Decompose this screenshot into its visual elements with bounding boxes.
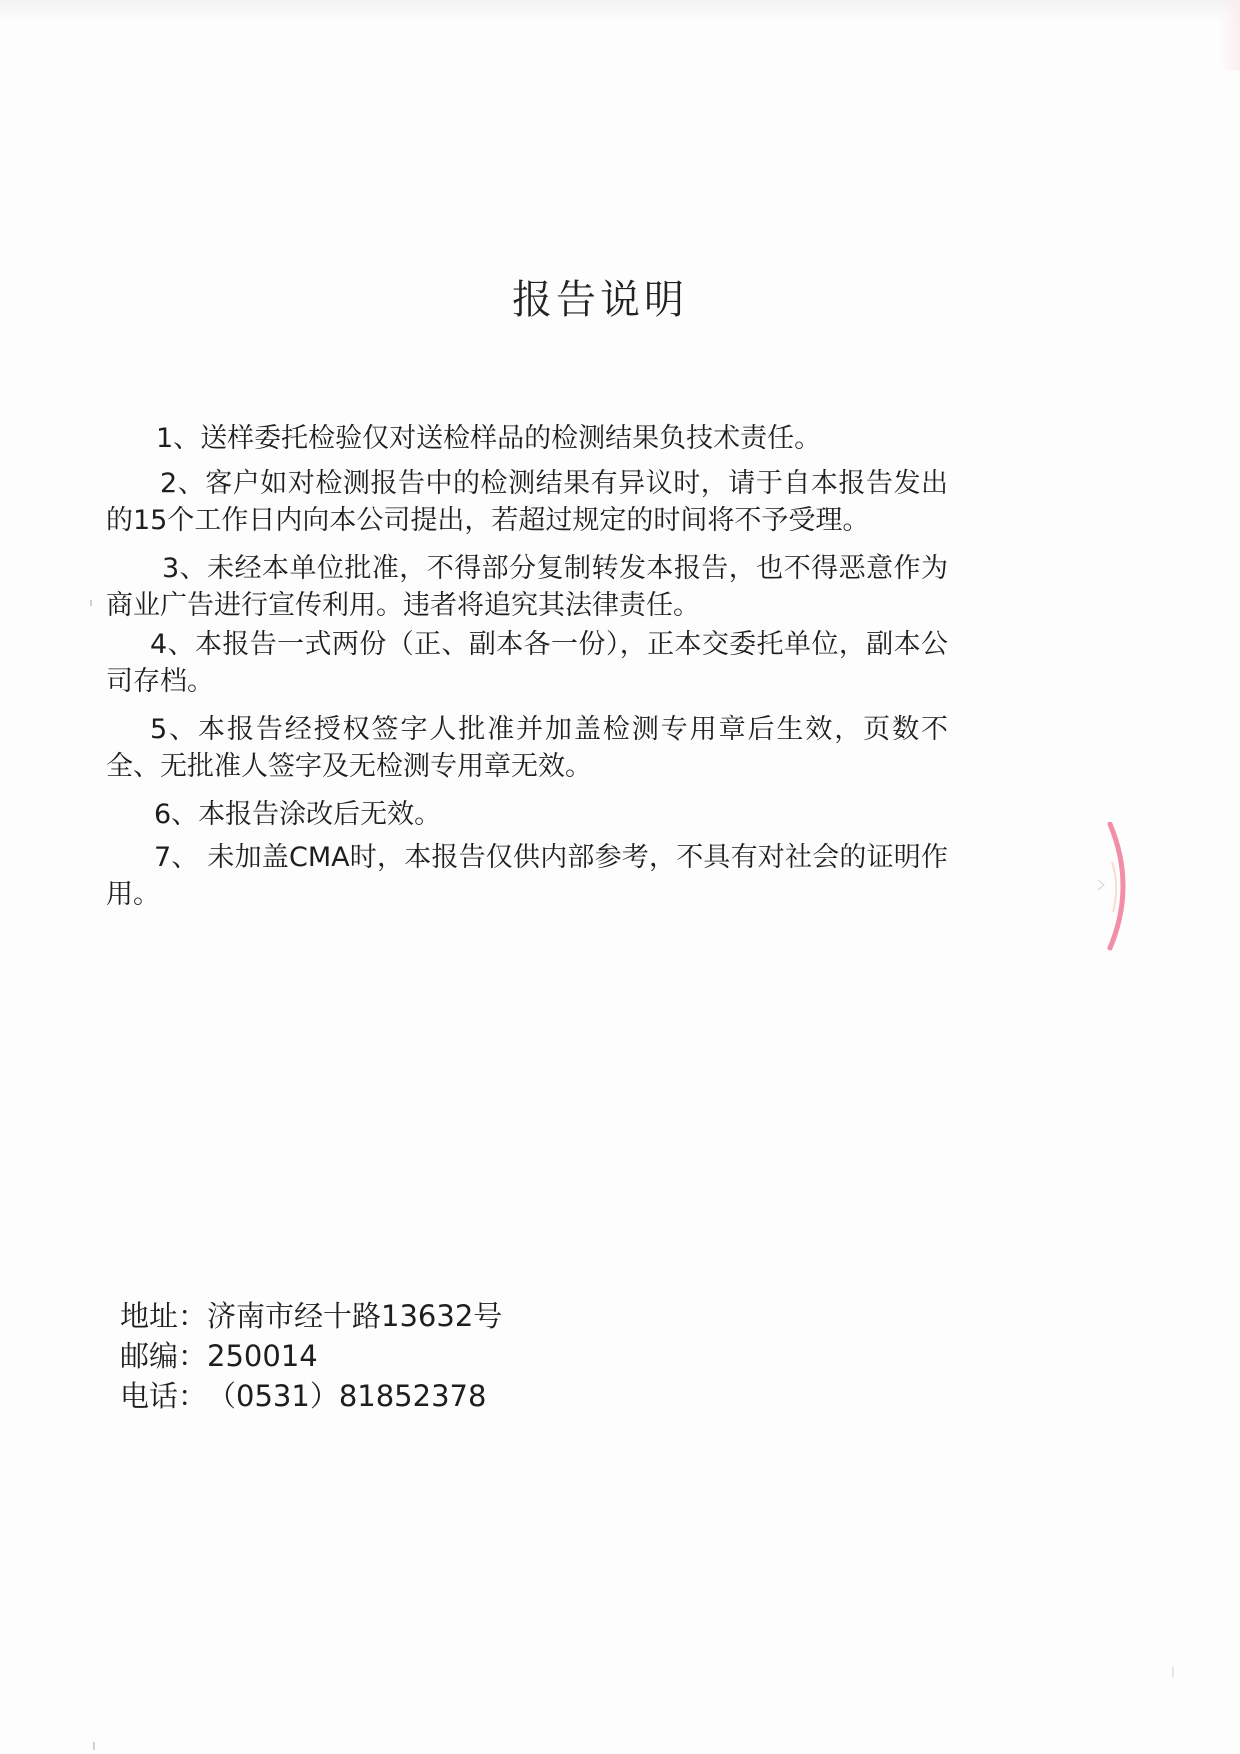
note-number: 2、: [160, 468, 205, 499]
note-number: 5、: [150, 714, 198, 745]
scan-speck: [1172, 1667, 1174, 1677]
note-number: 1、: [156, 423, 200, 454]
scan-speck: [90, 600, 92, 606]
red-seal-stamp-icon: [960, 822, 1128, 952]
postcode-value: 250014: [207, 1339, 318, 1373]
phone-row: 电话：（0531）81852378: [120, 1376, 502, 1416]
note-item-1: 1、送样委托检验仅对送检样品的检测结果负技术责任。: [106, 420, 948, 457]
page-title: 报告说明: [0, 268, 1200, 325]
note-item-5: 5、本报告经授权签字人批准并加盖检测专用章后生效，页数不全、无批准人签字及无检测…: [106, 711, 948, 785]
address-label: 地址：: [120, 1296, 207, 1336]
scan-edge-top-right: [1220, 0, 1240, 70]
note-text: 本报告一式两份（正、副本各一份），正本交委托单位，副本公司存档。: [106, 629, 948, 697]
note-text: 未加盖CMA时，本报告仅供内部参考，不具有对社会的证明作用。: [106, 842, 948, 910]
note-number: 3、: [162, 553, 207, 584]
scan-speck: [93, 1742, 95, 1750]
phone-label: 电话：: [120, 1376, 207, 1416]
note-item-6: 6、本报告涂改后无效。: [106, 796, 948, 833]
contact-block: 地址：济南市经十路13632号 邮编：250014 电话：（0531）81852…: [120, 1296, 502, 1416]
note-text: 送样委托检验仅对送检样品的检测结果负技术责任。: [200, 423, 821, 454]
note-text: 本报告经授权签字人批准并加盖检测专用章后生效，页数不全、无批准人签字及无检测专用…: [106, 714, 948, 782]
address-row: 地址：济南市经十路13632号: [120, 1296, 502, 1336]
address-value: 济南市经十路13632号: [207, 1299, 502, 1333]
note-number: 4、: [150, 629, 195, 660]
postcode-label: 邮编：: [120, 1336, 207, 1376]
note-number: 6、: [154, 799, 198, 830]
note-item-4: 4、本报告一式两份（正、副本各一份），正本交委托单位，副本公司存档。: [106, 626, 948, 700]
note-item-3: 3、未经本单位批准，不得部分复制转发本报告，也不得恶意作为商业广告进行宣传利用。…: [106, 550, 948, 624]
scan-edge-top: [0, 0, 1240, 22]
note-text: 本报告涂改后无效。: [198, 799, 441, 830]
phone-value: （0531）81852378: [207, 1379, 486, 1413]
note-text: 客户如对检测报告中的检测结果有异议时，请于自本报告发出的15个工作日内向本公司提…: [106, 468, 948, 536]
note-text: 未经本单位批准，不得部分复制转发本报告，也不得恶意作为商业广告进行宣传利用。违者…: [106, 553, 948, 621]
report-notes: 1、送样委托检验仅对送检样品的检测结果负技术责任。 2、客户如对检测报告中的检测…: [106, 420, 948, 924]
postcode-row: 邮编：250014: [120, 1336, 502, 1376]
note-number: 7、: [154, 842, 199, 873]
note-item-2: 2、客户如对检测报告中的检测结果有异议时，请于自本报告发出的15个工作日内向本公…: [106, 465, 948, 539]
note-item-7: 7、 未加盖CMA时，本报告仅供内部参考，不具有对社会的证明作用。: [106, 839, 948, 913]
